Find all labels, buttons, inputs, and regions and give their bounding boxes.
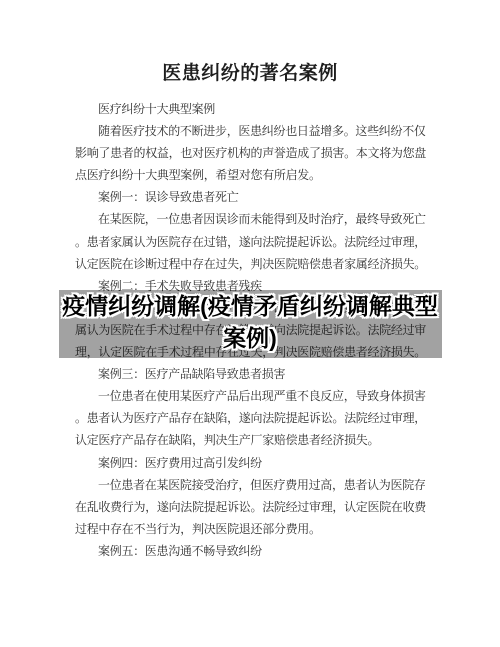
doc-line: 。患者家属认为医院存在过错，遂向法院提起诉讼。法院经过审理， <box>75 231 425 253</box>
doc-line: 认定医院在诊断过程中存在过失，判决医院赔偿患者家属经济损失。 <box>75 253 425 275</box>
doc-line: 认定医疗产品存在缺陷，判决生产厂家赔偿患者经济损失。 <box>75 429 425 451</box>
doc-line: 随着医疗技术的不断进步，医患纠纷也日益增多。这些纠纷不仅 <box>75 120 425 142</box>
doc-line: 案例三：医疗产品缺陷导致患者损害 <box>75 363 425 385</box>
doc-line: 一位患者在某医院接受治疗，但医疗费用过高，患者认为医院存 <box>75 474 425 496</box>
document-title: 医患纠纷的著名案例 <box>0 58 500 85</box>
doc-line: 点医疗纠纷十大典型案例，希望对您有所启发。 <box>75 164 425 186</box>
doc-line: 医疗纠纷十大典型案例 <box>75 98 425 120</box>
document-page: 医患纠纷的著名案例 医疗纠纷十大典型案例随着医疗技术的不断进步，医患纠纷也日益增… <box>0 0 500 647</box>
doc-line: 案例二：手术失败导致患者残疾 <box>75 275 425 297</box>
doc-line: 在乱收费行为，遂向法院提起诉讼。法院经过审理，认定医院在收费 <box>75 496 425 518</box>
doc-line: 。患者认为医疗产品存在缺陷，遂向法院提起诉讼。法院经过审理， <box>75 407 425 429</box>
doc-line: 理，认定医院在手术过程中存在过失，判决医院赔偿患者经济损失。 <box>75 341 425 363</box>
doc-line: 影响了患者的权益，也对医疗机构的声誉造成了损害。本文将为您盘 <box>75 142 425 164</box>
doc-line: 案例四：医疗费用过高引发纠纷 <box>75 452 425 474</box>
doc-line: 过程中存在不当行为，判决医院退还部分费用。 <box>75 518 425 540</box>
doc-line: 在某医院，一位患者在手术过程中出现意外，导致残疾。患者家 <box>75 297 425 319</box>
doc-line: 案例一：误诊导致患者死亡 <box>75 186 425 208</box>
doc-line: 在某医院，一位患者因误诊而未能得到及时治疗，最终导致死亡 <box>75 208 425 230</box>
doc-line: 属认为医院在手术过程中存在过错，遂向法院提起诉讼。法院经过审 <box>75 319 425 341</box>
doc-line: 案例五：医患沟通不畅导致纠纷 <box>75 540 425 562</box>
doc-line: 一位患者在使用某医疗产品后出现严重不良反应，导致身体损害 <box>75 385 425 407</box>
doc-lines: 医疗纠纷十大典型案例随着医疗技术的不断进步，医患纠纷也日益增多。这些纠纷不仅影响… <box>75 98 425 562</box>
